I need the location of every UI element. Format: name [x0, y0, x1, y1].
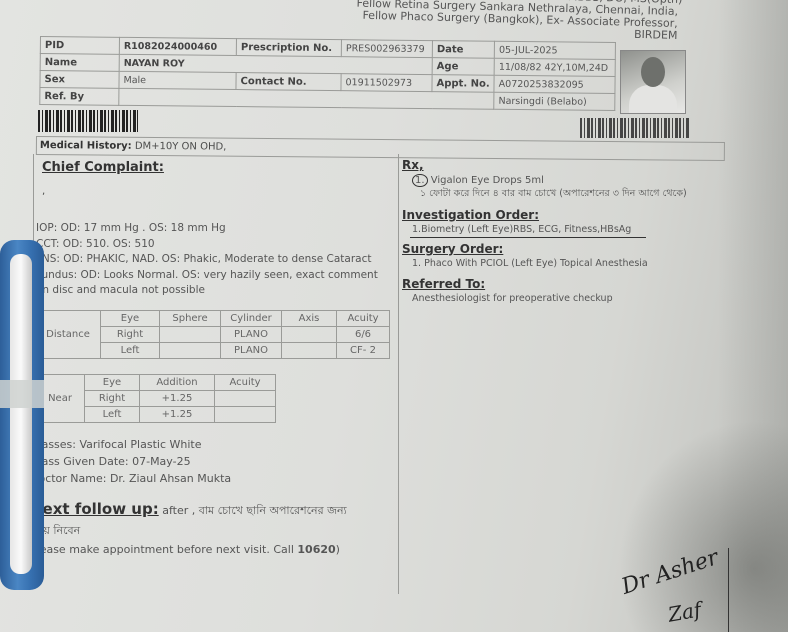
rx-item-name: Vigalon Eye Drops 5ml — [431, 175, 544, 186]
rx-item: 1. Vigalon Eye Drops 5ml — [412, 174, 702, 187]
age-value: 11/08/82 42Y,10M,24D — [494, 58, 615, 76]
dist-left-axis — [282, 343, 337, 359]
surgery-title: Surgery Order: — [402, 242, 702, 256]
pen-underline — [410, 237, 646, 238]
dist-header-eye: Eye — [101, 311, 160, 327]
ref-by-value — [119, 88, 494, 109]
appointment-note-text: Please make appointment before next visi… — [30, 543, 297, 556]
signature-stroke — [728, 548, 729, 632]
fundus-line-2: on disc and macula not possible — [36, 283, 378, 299]
iop-line: IOP: OD: 17 mm Hg . OS: 18 mm Hg — [36, 221, 378, 237]
rx-title: Rx, — [402, 158, 702, 172]
near-header-eye: Eye — [85, 375, 140, 391]
contact-value: 01911502973 — [341, 74, 432, 92]
ref-by-label: Ref. By — [40, 88, 119, 106]
date-value: 05-JUL-2025 — [494, 41, 615, 59]
medical-history-label: Medical History: — [40, 140, 132, 152]
medical-history-value: DM+10Y ON OHD, — [135, 141, 227, 153]
dist-right-axis — [282, 327, 337, 343]
near-left-addition: +1.25 — [140, 407, 215, 423]
patient-photo — [620, 50, 686, 114]
distance-refraction-table: Distance Eye Sphere Cylinder Axis Acuity… — [36, 310, 390, 359]
glasses-line: Glasses: Varifocal Plastic White — [30, 436, 231, 453]
follow-up-text: after , বাম চোখে ছানি অপারেশনের জন্য — [162, 504, 347, 517]
dist-right-cylinder: PLANO — [221, 327, 282, 343]
appointment-phone: 10620 — [297, 543, 335, 556]
rx-section: Rx, 1. Vigalon Eye Drops 5ml ১ ফোটা করে … — [402, 158, 702, 304]
surgery-item: 1. Phaco With PCIOL (Left Eye) Topical A… — [412, 258, 702, 269]
column-divider — [398, 154, 399, 594]
name-label: Name — [40, 54, 119, 72]
sex-value: Male — [119, 71, 236, 89]
prescription-no-value: PRES002963379 — [341, 40, 432, 58]
appt-no-value: A0720253832095 — [494, 75, 615, 93]
appointment-note: Please make appointment before next visi… — [30, 543, 347, 556]
rx-item-instructions: ১ ফোটা করে দিনে ৪ বার বাম চোখে (অপারেশনে… — [420, 187, 702, 200]
dist-header-cylinder: Cylinder — [221, 311, 282, 327]
barcode-right — [580, 118, 690, 138]
glass-given-date: Glass Given Date: 07-May-25 — [30, 453, 231, 470]
dist-header-sphere: Sphere — [160, 311, 221, 327]
shadow-region — [618, 420, 788, 632]
dist-header-acuity: Acuity — [337, 311, 390, 327]
appointment-note-suffix: ) — [336, 543, 340, 556]
cct-line: CCT: OD: 510. OS: 510 — [36, 237, 378, 253]
lens-line: LNS: OD: PHAKIC, NAD. OS: Phakic, Modera… — [36, 252, 378, 268]
sex-label: Sex — [40, 71, 119, 89]
clinical-findings: IOP: OD: 17 mm Hg . OS: 18 mm Hg CCT: OD… — [36, 221, 378, 299]
dist-right-acuity: 6/6 — [337, 327, 390, 343]
doctor-name: Doctor Name: Dr. Ziaul Ahsan Mukta — [30, 470, 231, 487]
follow-up-title: Next follow up: — [30, 500, 159, 518]
dist-header-axis: Axis — [282, 311, 337, 327]
near-refraction-table: Near Eye Addition Acuity Right +1.25 Lef… — [36, 374, 276, 423]
investigation-item: 1.Biometry (Left Eye)RBS, ECG, Fitness,H… — [412, 224, 702, 235]
prescription-no-label: Prescription No. — [236, 39, 341, 57]
chief-complaint-title: Chief Complaint: — [42, 160, 164, 175]
near-left-acuity — [215, 407, 276, 423]
near-right-acuity — [215, 391, 276, 407]
follow-up-text-2: সময় নিবেন — [30, 522, 347, 541]
fundus-line: Fundus: OD: Looks Normal. OS: very hazil… — [36, 268, 378, 284]
dist-left-cylinder: PLANO — [221, 343, 282, 359]
dist-right-sphere — [160, 327, 221, 343]
pen-band — [0, 380, 44, 408]
contact-label: Contact No. — [236, 73, 341, 91]
near-left-eye: Left — [85, 407, 140, 423]
dist-left-acuity: CF- 2 — [337, 343, 390, 359]
age-label: Age — [432, 58, 494, 76]
near-right-eye: Right — [85, 391, 140, 407]
dist-left-eye: Left — [101, 343, 160, 359]
investigation-title: Investigation Order: — [402, 208, 702, 222]
address-value: Narsingdi (Belabo) — [494, 92, 615, 110]
date-label: Date — [432, 41, 494, 59]
distance-label: Distance — [36, 311, 101, 359]
follow-up-section: Next follow up: after , বাম চোখে ছানি অপ… — [30, 500, 347, 556]
dist-right-eye: Right — [101, 327, 160, 343]
near-right-addition: +1.25 — [140, 391, 215, 407]
chief-complaint-value: , — [42, 186, 45, 197]
pid-label: PID — [40, 37, 119, 55]
rx-item-number: 1. — [412, 174, 428, 187]
patient-info-table: PID R1082024000460 Prescription No. PRES… — [39, 36, 616, 111]
glasses-info: Glasses: Varifocal Plastic White Glass G… — [30, 436, 231, 487]
dist-left-sphere — [160, 343, 221, 359]
near-header-addition: Addition — [140, 375, 215, 391]
pen-clip — [10, 254, 32, 574]
barcode-left — [38, 110, 138, 132]
referred-item: Anesthesiologist for preoperative checku… — [412, 293, 702, 304]
near-header-acuity: Acuity — [215, 375, 276, 391]
appt-no-label: Appt. No. — [432, 75, 494, 93]
referred-title: Referred To: — [402, 277, 702, 291]
pid-value: R1082024000460 — [119, 37, 236, 55]
